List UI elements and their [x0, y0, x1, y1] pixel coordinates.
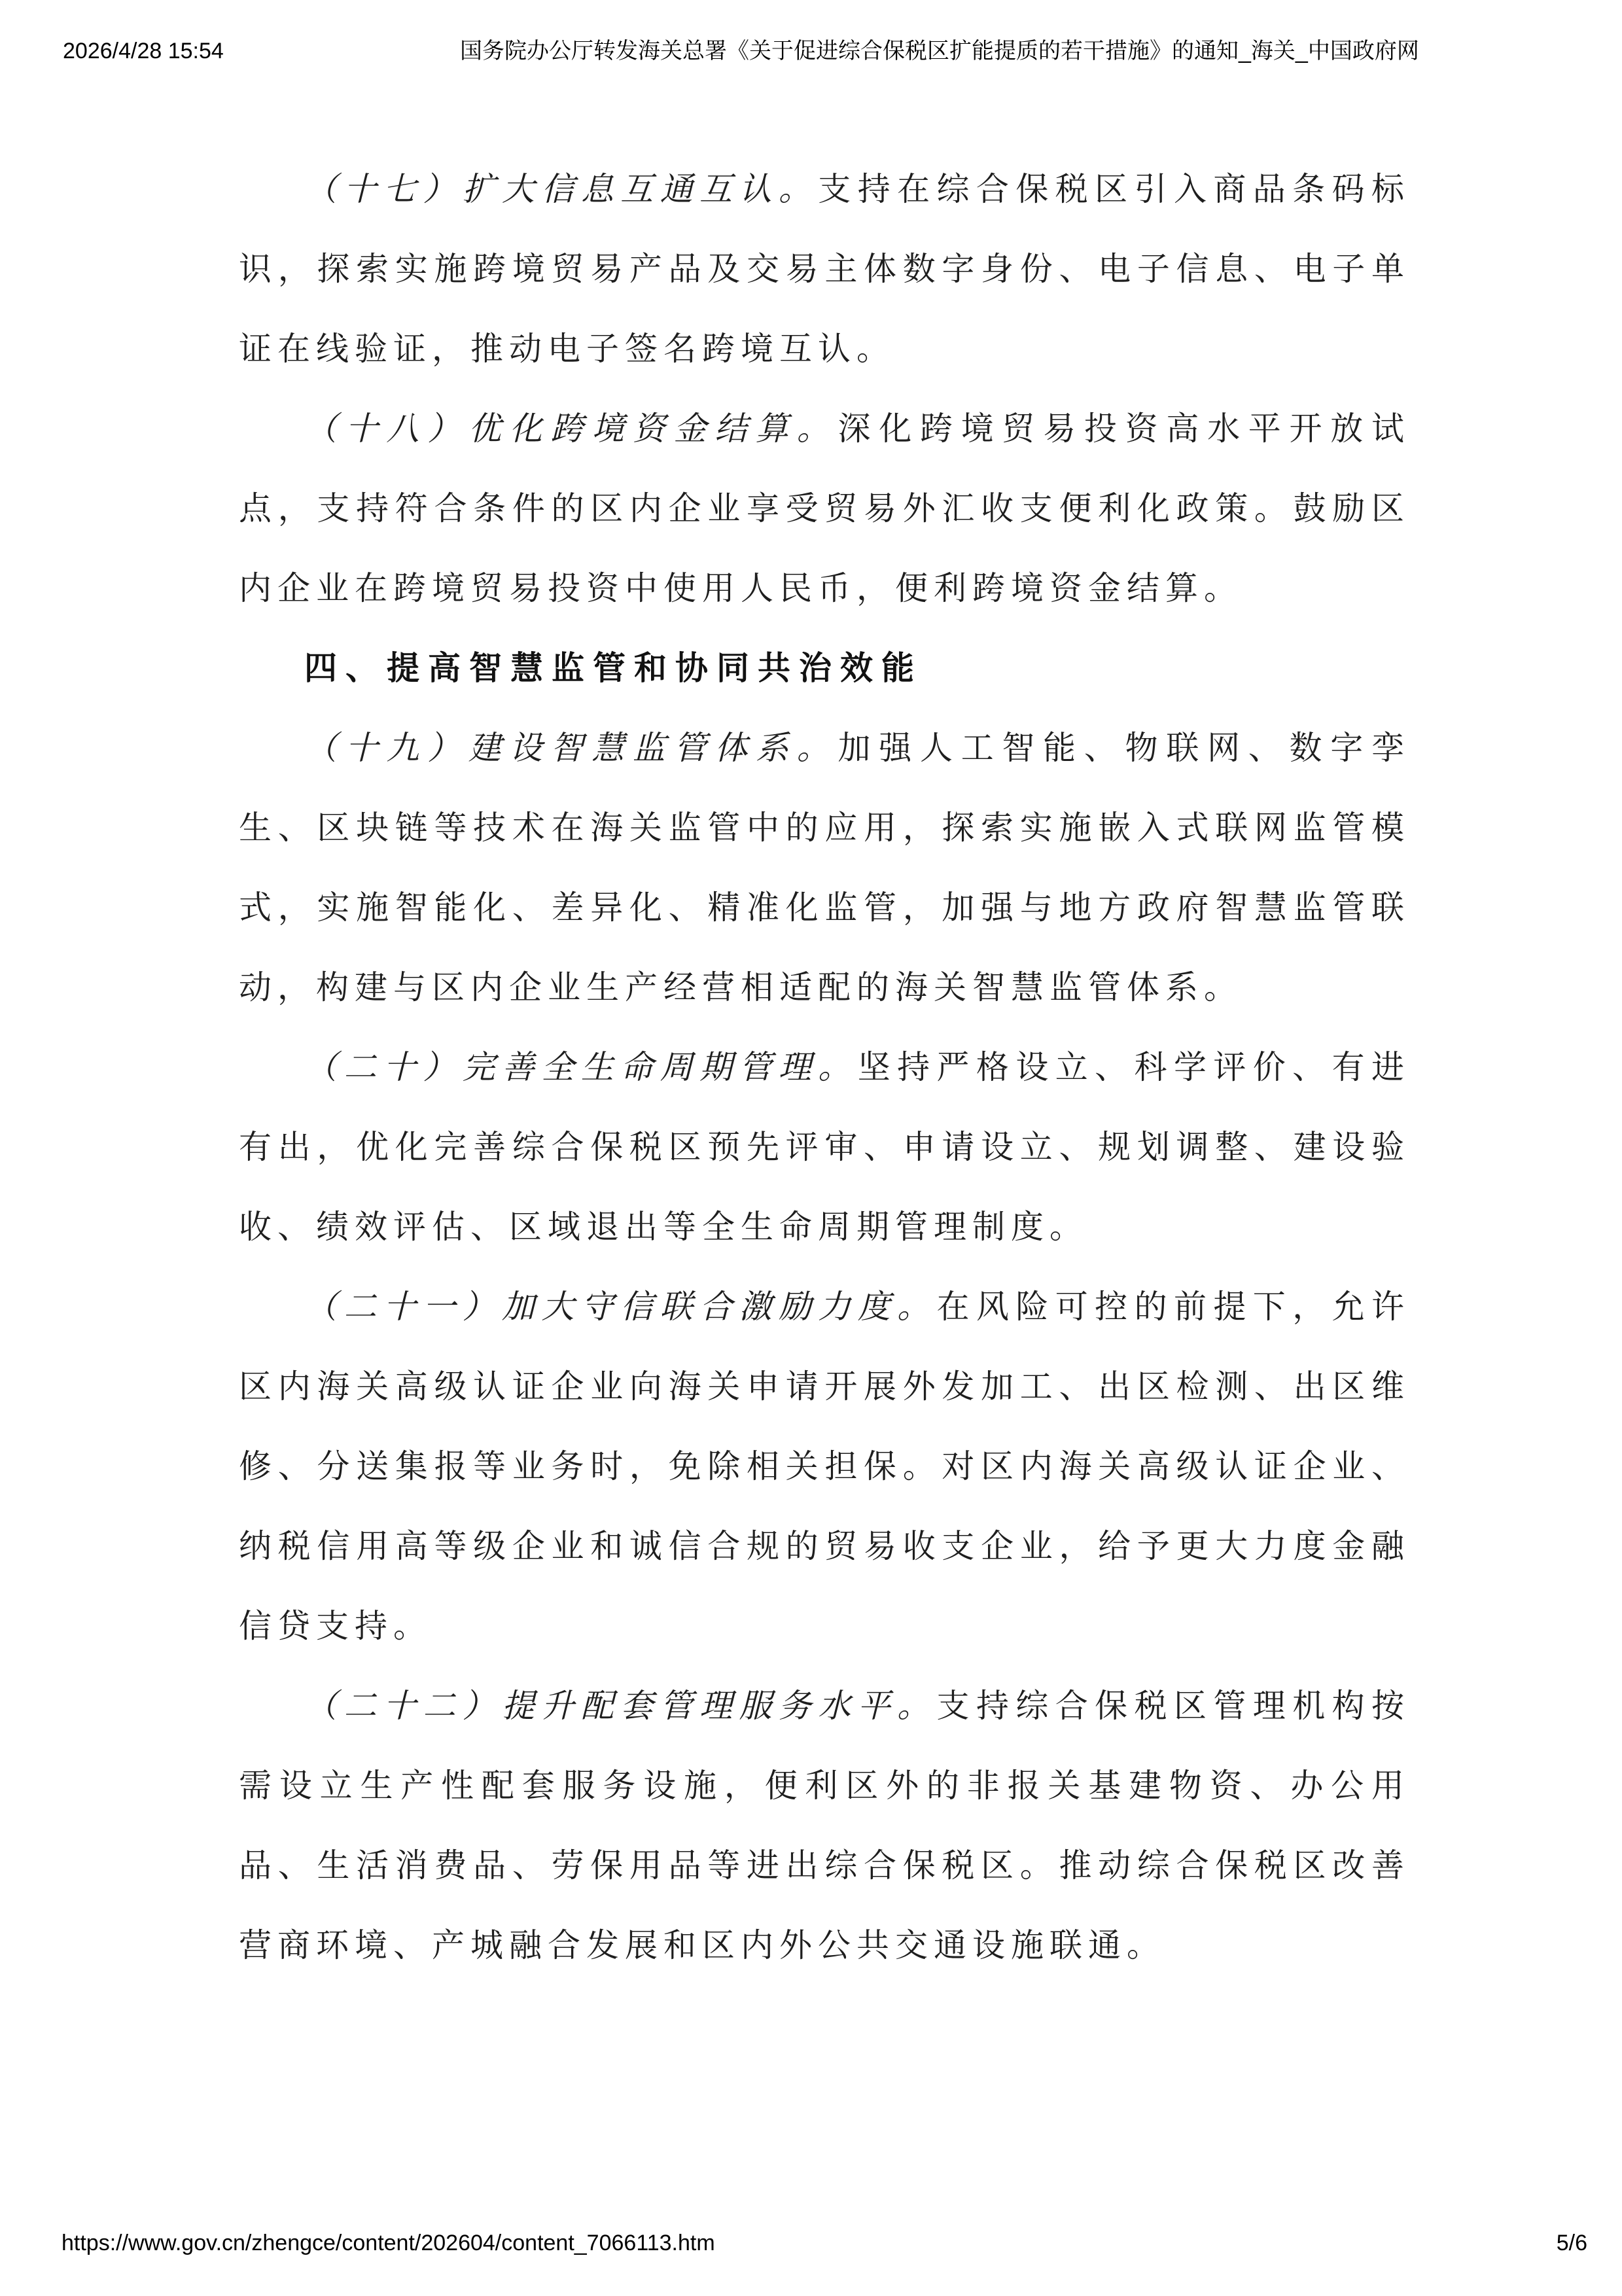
document-body: （十七）扩大信息互通互认。支持在综合保税区引入商品条码标识，探索实施跨境贸易产品… — [239, 149, 1410, 1985]
print-header-datetime: 2026/4/28 15:54 — [63, 39, 224, 63]
paragraph-lead: （十九）建设智慧监管体系。 — [304, 730, 838, 766]
print-footer-page-number: 5/6 — [1557, 2231, 1587, 2255]
paragraph-text: 加强人工智能、物联网、数字孪生、区块链等技术在海关监管中的应用，探索实施嵌入式联… — [239, 730, 1410, 1006]
paragraph-lead: （二十）完善全生命周期管理。 — [304, 1049, 858, 1086]
paragraph: （十九）建设智慧监管体系。加强人工智能、物联网、数字孪生、区块链等技术在海关监管… — [239, 708, 1410, 1027]
paragraph: （十七）扩大信息互通互认。支持在综合保税区引入商品条码标识，探索实施跨境贸易产品… — [239, 149, 1410, 389]
paragraph-lead: （二十二）提升配套管理服务水平。 — [304, 1687, 937, 1724]
paragraph-text: 在风险可控的前提下，允许区内海关高级认证企业向海关申请开展外发加工、出区检测、出… — [239, 1288, 1410, 1644]
paragraph-text: 支持综合保税区管理机构按需设立生产性配套服务设施，便利区外的非报关基建物资、办公… — [239, 1687, 1410, 1964]
paragraph-lead: （二十一）加大守信联合激励力度。 — [304, 1288, 937, 1325]
print-footer-source-url: https://www.gov.cn/zhengce/content/20260… — [62, 2231, 715, 2255]
paragraph: （二十）完善全生命周期管理。坚持严格设立、科学评价、有进有出，优化完善综合保税区… — [239, 1027, 1410, 1267]
section-heading: 四、提高智慧监管和协同共治效能 — [239, 628, 1410, 708]
print-header-title: 国务院办公厅转发海关总署《关于促进综合保税区扩能提质的若干措施》的通知_海关_中… — [460, 39, 1585, 63]
printed-document-page: 2026/4/28 15:54 国务院办公厅转发海关总署《关于促进综合保税区扩能… — [0, 0, 1622, 2296]
paragraph: （十八）优化跨境资金结算。深化跨境贸易投资高水平开放试点，支持符合条件的区内企业… — [239, 389, 1410, 628]
paragraph: （二十二）提升配套管理服务水平。支持综合保税区管理机构按需设立生产性配套服务设施… — [239, 1666, 1410, 1985]
paragraph: （二十一）加大守信联合激励力度。在风险可控的前提下，允许区内海关高级认证企业向海… — [239, 1267, 1410, 1666]
paragraph-lead: （十七）扩大信息互通互认。 — [304, 171, 818, 207]
paragraph-lead: （十八）优化跨境资金结算。 — [304, 410, 838, 447]
